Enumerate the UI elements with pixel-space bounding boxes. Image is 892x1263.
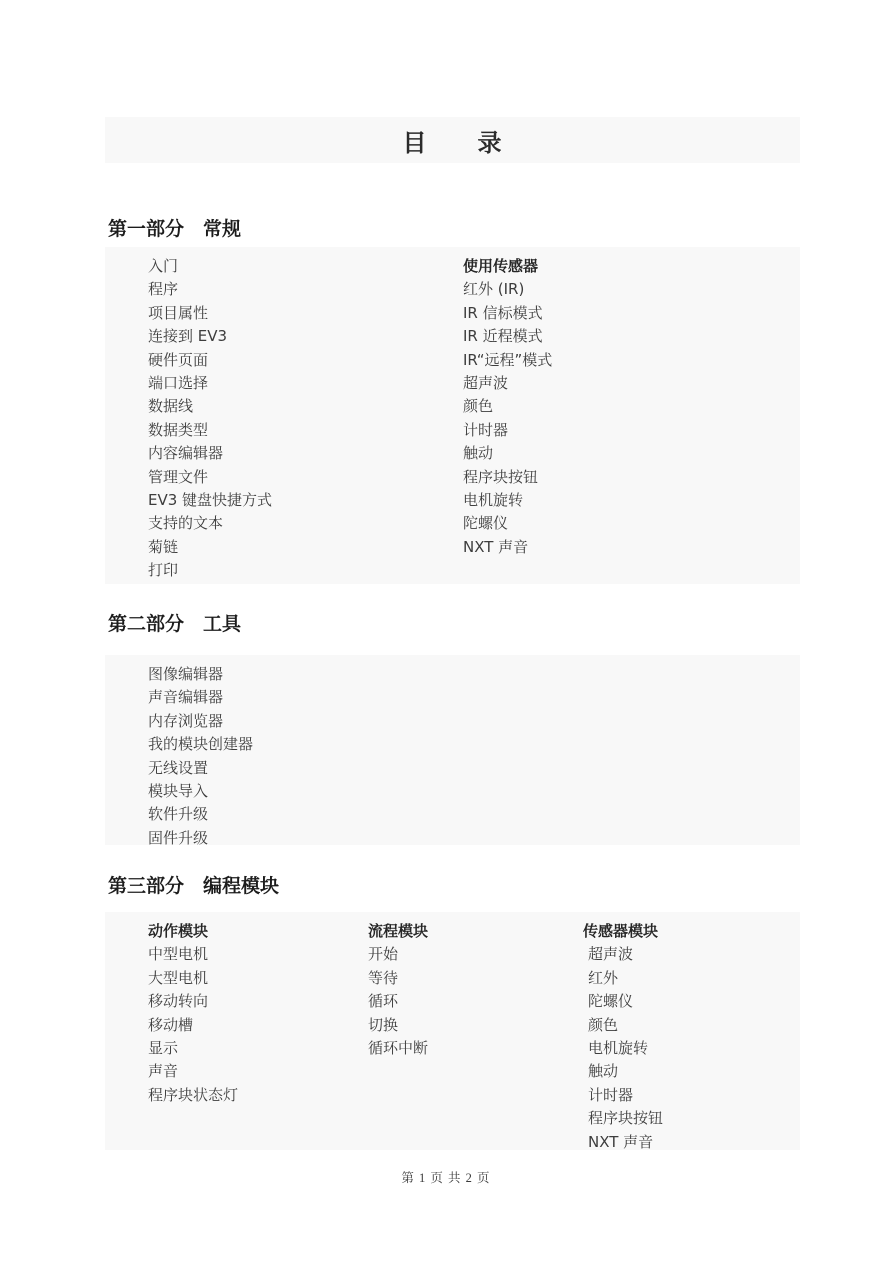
- toc-item: 软件升级: [148, 803, 253, 826]
- toc-section-panel-part3: 动作模块 中型电机大型电机移动转向移动槽显示声音程序块状态灯 流程模块 开始等待…: [105, 912, 800, 1150]
- toc-item: 程序: [148, 278, 272, 301]
- toc-item: 入门: [148, 255, 272, 278]
- toc-column-flow-blocks-list: 开始等待循环切换循环中断: [368, 943, 428, 1060]
- toc-item: IR“远程”模式: [463, 349, 552, 372]
- toc-item: 我的模块创建器: [148, 733, 253, 756]
- toc-item: 管理文件: [148, 466, 272, 489]
- toc-item: 声音编辑器: [148, 686, 253, 709]
- toc-item: 开始: [368, 943, 428, 966]
- toc-column-tools: 图像编辑器声音编辑器内存浏览器我的模块创建器无线设置模块导入软件升级固件升级: [148, 663, 253, 850]
- toc-item: 中型电机: [148, 943, 238, 966]
- toc-item: 无线设置: [148, 757, 253, 780]
- toc-column-action-blocks: 动作模块 中型电机大型电机移动转向移动槽显示声音程序块状态灯: [148, 920, 238, 1107]
- toc-item: 程序块按钮: [588, 1107, 663, 1130]
- toc-item: 声音: [148, 1060, 238, 1083]
- toc-item: 等待: [368, 967, 428, 990]
- toc-item: 数据类型: [148, 419, 272, 442]
- toc-item: 颜色: [463, 395, 552, 418]
- toc-section-panel-part2: 图像编辑器声音编辑器内存浏览器我的模块创建器无线设置模块导入软件升级固件升级: [105, 655, 800, 845]
- toc-item: 超声波: [463, 372, 552, 395]
- toc-item: 程序块按钮: [463, 466, 552, 489]
- toc-item: 超声波: [588, 943, 663, 966]
- toc-item: 内容编辑器: [148, 442, 272, 465]
- section-heading-part3: 第三部分 编程模块: [108, 874, 279, 899]
- page-number: 第 1 页 共 2 页: [0, 1168, 892, 1186]
- toc-item: 触动: [463, 442, 552, 465]
- toc-item: 项目属性: [148, 302, 272, 325]
- toc-column-flow-blocks: 流程模块 开始等待循环切换循环中断: [368, 920, 428, 1060]
- toc-item: 颜色: [588, 1014, 663, 1037]
- page-title: 目 录: [403, 123, 503, 158]
- toc-item: 陀螺仪: [588, 990, 663, 1013]
- toc-column-header-flow-blocks: 流程模块: [368, 920, 428, 943]
- toc-item: 大型电机: [148, 967, 238, 990]
- toc-item: 红外 (IR): [463, 278, 552, 301]
- toc-column-sensor-blocks-list: 超声波红外陀螺仪颜色电机旋转触动计时器程序块按钮NXT 声音: [588, 943, 663, 1154]
- toc-item: IR 信标模式: [463, 302, 552, 325]
- toc-item: 菊链: [148, 536, 272, 559]
- toc-item: 触动: [588, 1060, 663, 1083]
- toc-item: 内存浏览器: [148, 710, 253, 733]
- toc-item: 循环: [368, 990, 428, 1013]
- toc-item: 固件升级: [148, 827, 253, 850]
- toc-item: 循环中断: [368, 1037, 428, 1060]
- toc-column-sensors: 使用传感器 红外 (IR)IR 信标模式IR 近程模式IR“远程”模式超声波颜色…: [463, 255, 552, 559]
- toc-item: EV3 键盘快捷方式: [148, 489, 272, 512]
- toc-item: 计时器: [588, 1084, 663, 1107]
- section-heading-part1: 第一部分 常规: [108, 217, 241, 242]
- toc-item: 切换: [368, 1014, 428, 1037]
- toc-column-action-blocks-list: 中型电机大型电机移动转向移动槽显示声音程序块状态灯: [148, 943, 238, 1107]
- toc-item: 电机旋转: [588, 1037, 663, 1060]
- toc-column-header-sensors: 使用传感器: [463, 255, 552, 278]
- toc-item: 模块导入: [148, 780, 253, 803]
- toc-column-sensor-blocks: 传感器模块 超声波红外陀螺仪颜色电机旋转触动计时器程序块按钮NXT 声音: [583, 920, 663, 1154]
- toc-item: 移动槽: [148, 1014, 238, 1037]
- toc-item: 端口选择: [148, 372, 272, 395]
- toc-item: NXT 声音: [463, 536, 552, 559]
- toc-item: 显示: [148, 1037, 238, 1060]
- toc-item: 程序块状态灯: [148, 1084, 238, 1107]
- toc-column-header-action-blocks: 动作模块: [148, 920, 238, 943]
- toc-item: 硬件页面: [148, 349, 272, 372]
- toc-column-general: 入门程序项目属性连接到 EV3硬件页面端口选择数据线数据类型内容编辑器管理文件E…: [148, 255, 272, 583]
- toc-item: 图像编辑器: [148, 663, 253, 686]
- toc-item: 移动转向: [148, 990, 238, 1013]
- toc-column-sensors-list: 红外 (IR)IR 信标模式IR 近程模式IR“远程”模式超声波颜色计时器触动程…: [463, 278, 552, 559]
- title-band: 目 录: [105, 117, 800, 163]
- toc-item: 打印: [148, 559, 272, 582]
- toc-item: 电机旋转: [463, 489, 552, 512]
- toc-item: 计时器: [463, 419, 552, 442]
- toc-item: 红外: [588, 967, 663, 990]
- toc-item: 陀螺仪: [463, 512, 552, 535]
- toc-item: 连接到 EV3: [148, 325, 272, 348]
- section-heading-part2: 第二部分 工具: [108, 612, 241, 637]
- toc-item: 数据线: [148, 395, 272, 418]
- toc-item: NXT 声音: [588, 1131, 663, 1154]
- toc-item: 支持的文本: [148, 512, 272, 535]
- toc-item: IR 近程模式: [463, 325, 552, 348]
- toc-column-header-sensor-blocks: 传感器模块: [583, 920, 663, 943]
- toc-section-panel-part1: 入门程序项目属性连接到 EV3硬件页面端口选择数据线数据类型内容编辑器管理文件E…: [105, 247, 800, 584]
